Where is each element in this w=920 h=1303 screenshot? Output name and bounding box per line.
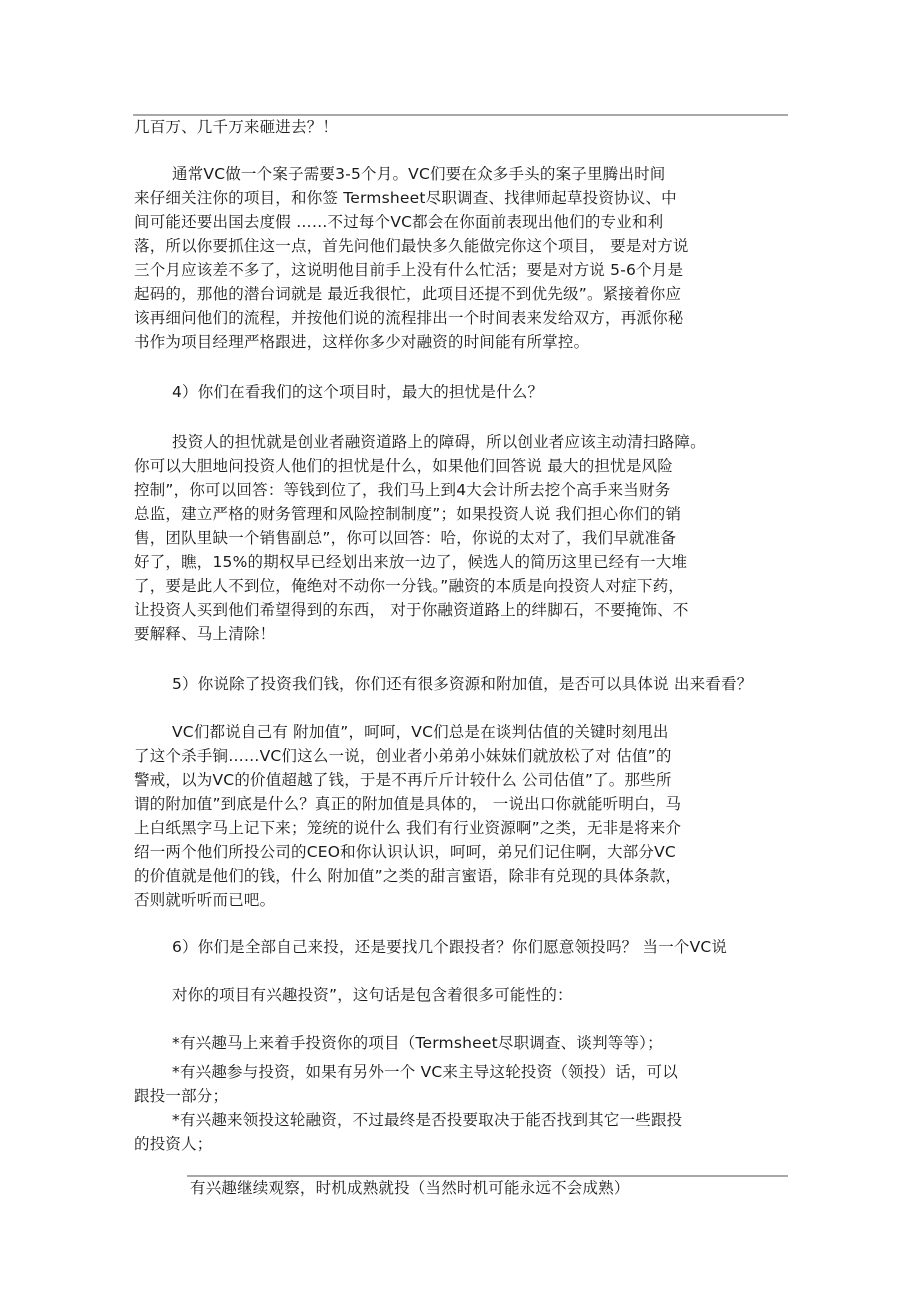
text-line: *有兴趣来领投这轮融资，不过最终是否投要取决于能否找到其它一些跟投: [172, 1110, 682, 1130]
text-line: VC们都说自己有 附加值”，呵呵，VC们总是在谈判估值的关键时刻甩出: [172, 722, 669, 742]
text-line: 落，所以你要抓住这一点，首先问他们最快多久能做完你这个项目， 要是对方说: [134, 236, 689, 256]
top-divider: [133, 114, 788, 116]
text-line: 谓的附加值”到底是什么？真正的附加值是具体的， 一说出口你就能听明白，马: [134, 794, 681, 814]
text-line: 来仔细关注你的项目，和你签 Termsheet尽职调查、找律师起草投资协议、中: [134, 188, 677, 208]
text-line: 起码的，那他的潜台词就是 最近我很忙，此项目还提不到优先级”。紧接着你应: [134, 284, 681, 304]
text-line: 投资人的担忧就是创业者融资道路上的障碍，所以创业者应该主动清扫路障。: [172, 432, 706, 452]
bottom-divider: [187, 1175, 788, 1177]
text-line: 书作为项目经理严格跟进，这样你多少对融资的时间能有所掌控。: [134, 332, 589, 352]
text-line: *有兴趣参与投资，如果有另外一个 VC来主导这轮投资（领投）话，可以: [172, 1062, 678, 1082]
text-line: 让投资人买到他们希望得到的东西， 对于你融资道路上的绊脚石，不要掩饰、不: [134, 600, 689, 620]
text-line: 通常VC做一个案子需要3-5个月。VC们要在众多手头的案子里腾出时间: [172, 164, 665, 184]
text-line: 否则就听听而已吧。: [134, 890, 275, 910]
text-line: 了这个杀手锏……VC们这么一说，创业者小弟弟小妹妹们就放松了对 估值”的: [134, 746, 672, 766]
text-line: 的投资人；: [134, 1134, 213, 1154]
text-line: 三个月应该差不多了，这说明他目前手上没有什么忙活；要是对方说 5-6个月是: [134, 260, 683, 280]
text-line: 好了，瞧，15%的期权早已经划出来放一边了，候选人的简历这里已经有一大堆: [134, 552, 687, 572]
text-line: 绍一两个他们所投公司的CEO和你认识认识，呵呵，弟兄们记住啊，大部分VC: [134, 842, 676, 862]
text-line: 有兴趣继续观察，时机成熟就投（当然时机可能永远不会成熟）: [190, 1178, 630, 1198]
text-line: 5）你说除了投资我们钱，你们还有很多资源和附加值，是否可以具体说 出来看看？: [172, 674, 752, 694]
text-line: 总监，建立严格的财务管理和风险控制制度”；如果投资人说 我们担心你们的销: [134, 504, 681, 524]
text-line: 售，团队里缺一个销售副总”，你可以回答：哈，你说的太对了，我们早就准备: [134, 528, 676, 548]
text-line: 4）你们在看我们的这个项目时，最大的担忧是什么？: [172, 382, 543, 402]
text-line: 了，要是此人不到位，俺绝对不动你一分钱。”融资的本质是向投资人对症下药，: [134, 576, 684, 596]
text-line: 跟投一部分；: [134, 1086, 228, 1106]
text-line: 的价值就是他们的钱，什么 附加值”之类的甜言蜜语，除非有兑现的具体条款，: [134, 866, 681, 886]
text-line: 上白纸黑字马上记下来；笼统的说什么 我们有行业资源啊”之类，无非是将来介: [134, 818, 681, 838]
text-line: 该再细问他们的流程，并按他们说的流程排出一个时间表来发给双方，再派你秘: [134, 308, 684, 328]
text-line: *有兴趣马上来着手投资你的项目（Termsheet尽职调查、谈判等等）；: [172, 1033, 663, 1053]
text-line: 间可能还要出国去度假 ……不过每个VC都会在你面前表现出他们的专业和利: [134, 212, 663, 232]
text-line: 警戒，以为VC的价值超越了钱，于是不再斤斤计较什么 公司估值”了。那些所: [134, 770, 672, 790]
text-line: 6）你们是全部自己来投，还是要找几个跟投者？你们愿意领投吗？ 当一个VC说: [172, 937, 727, 957]
text-line: 你可以大胆地问投资人他们的担忧是什么，如果他们回答说 最大的担忧是风险: [134, 456, 673, 476]
text-line: 控制”，你可以回答：等钱到位了，我们马上到4大会计所去挖个高手来当财务: [134, 480, 670, 500]
text-line: 要解释、马上清除！: [134, 624, 275, 644]
text-line: 几百万、几千万来砸进去？！: [134, 117, 338, 137]
text-line: 对你的项目有兴趣投资”，这句话是包含着很多可能性的：: [172, 985, 573, 1005]
